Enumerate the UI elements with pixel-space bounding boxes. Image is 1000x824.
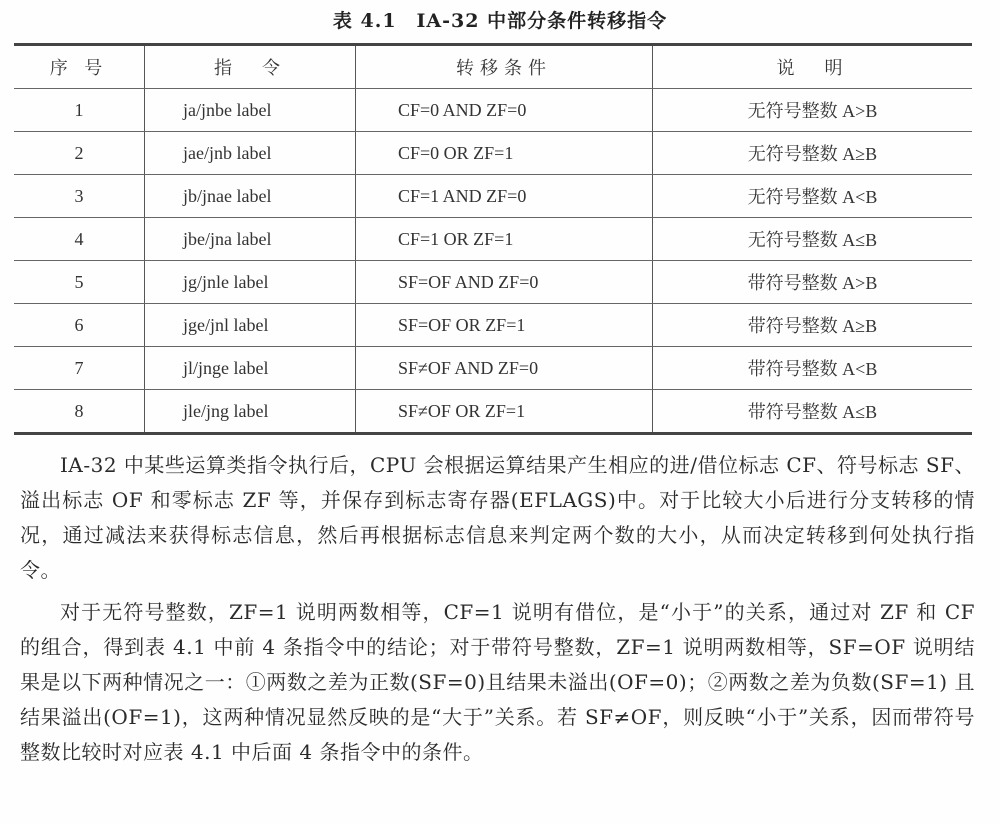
cell-instruction: jae/jnb label (145, 132, 356, 175)
cell-condition: CF=0 OR ZF=1 (356, 132, 653, 175)
cell-no: 1 (14, 89, 145, 132)
cell-description: 带符号整数 A≥B (653, 304, 973, 347)
cell-instruction: jg/jnle label (145, 261, 356, 304)
cell-description: 带符号整数 A≤B (653, 390, 973, 434)
body-paragraph-flags: IA-32 中某些运算类指令执行后，CPU 会根据运算结果产生相应的进/借位标志… (20, 448, 975, 588)
cell-description: 无符号整数 A<B (653, 175, 973, 218)
table-row: 8 jle/jng label SF≠OF OR ZF=1 带符号整数 A≤B (14, 390, 972, 434)
cell-instruction: jge/jnl label (145, 304, 356, 347)
cell-instruction: jb/jnae label (145, 175, 356, 218)
table-row: 7 jl/jnge label SF≠OF AND ZF=0 带符号整数 A<B (14, 347, 972, 390)
cell-condition: CF=0 AND ZF=0 (356, 89, 653, 132)
header-condition: 转移条件 (356, 45, 653, 89)
cell-no: 8 (14, 390, 145, 434)
cell-condition: CF=1 OR ZF=1 (356, 218, 653, 261)
cell-description: 无符号整数 A≥B (653, 132, 973, 175)
table-row: 6 jge/jnl label SF=OF OR ZF=1 带符号整数 A≥B (14, 304, 972, 347)
header-instruction: 指 令 (145, 45, 356, 89)
cell-condition: CF=1 AND ZF=0 (356, 175, 653, 218)
cell-description: 无符号整数 A≤B (653, 218, 973, 261)
cell-no: 3 (14, 175, 145, 218)
cell-instruction: ja/jnbe label (145, 89, 356, 132)
conditional-jump-table: 序 号 指 令 转移条件 说 明 1 ja/jnbe label CF=0 AN… (14, 43, 972, 435)
table-header-row: 序 号 指 令 转移条件 说 明 (14, 45, 972, 89)
cell-instruction: jl/jnge label (145, 347, 356, 390)
cell-no: 6 (14, 304, 145, 347)
cell-description: 带符号整数 A>B (653, 261, 973, 304)
cell-instruction: jbe/jna label (145, 218, 356, 261)
table-row: 2 jae/jnb label CF=0 OR ZF=1 无符号整数 A≥B (14, 132, 972, 175)
cell-instruction: jle/jng label (145, 390, 356, 434)
cell-no: 4 (14, 218, 145, 261)
table-title: 表 4.1 IA-32 中部分条件转移指令 (0, 6, 1000, 33)
table-row: 4 jbe/jna label CF=1 OR ZF=1 无符号整数 A≤B (14, 218, 972, 261)
cell-condition: SF≠OF OR ZF=1 (356, 390, 653, 434)
cell-description: 无符号整数 A>B (653, 89, 973, 132)
header-no: 序 号 (14, 45, 145, 89)
cell-no: 7 (14, 347, 145, 390)
cell-no: 5 (14, 261, 145, 304)
cell-condition: SF≠OF AND ZF=0 (356, 347, 653, 390)
cell-description: 带符号整数 A<B (653, 347, 973, 390)
body-paragraph-comparison: 对于无符号整数，ZF=1 说明两数相等，CF=1 说明有借位，是“小于”的关系，… (20, 595, 975, 770)
cell-condition: SF=OF AND ZF=0 (356, 261, 653, 304)
table-row: 3 jb/jnae label CF=1 AND ZF=0 无符号整数 A<B (14, 175, 972, 218)
cell-no: 2 (14, 132, 145, 175)
cell-condition: SF=OF OR ZF=1 (356, 304, 653, 347)
header-description: 说 明 (653, 45, 973, 89)
table-row: 5 jg/jnle label SF=OF AND ZF=0 带符号整数 A>B (14, 261, 972, 304)
table-row: 1 ja/jnbe label CF=0 AND ZF=0 无符号整数 A>B (14, 89, 972, 132)
